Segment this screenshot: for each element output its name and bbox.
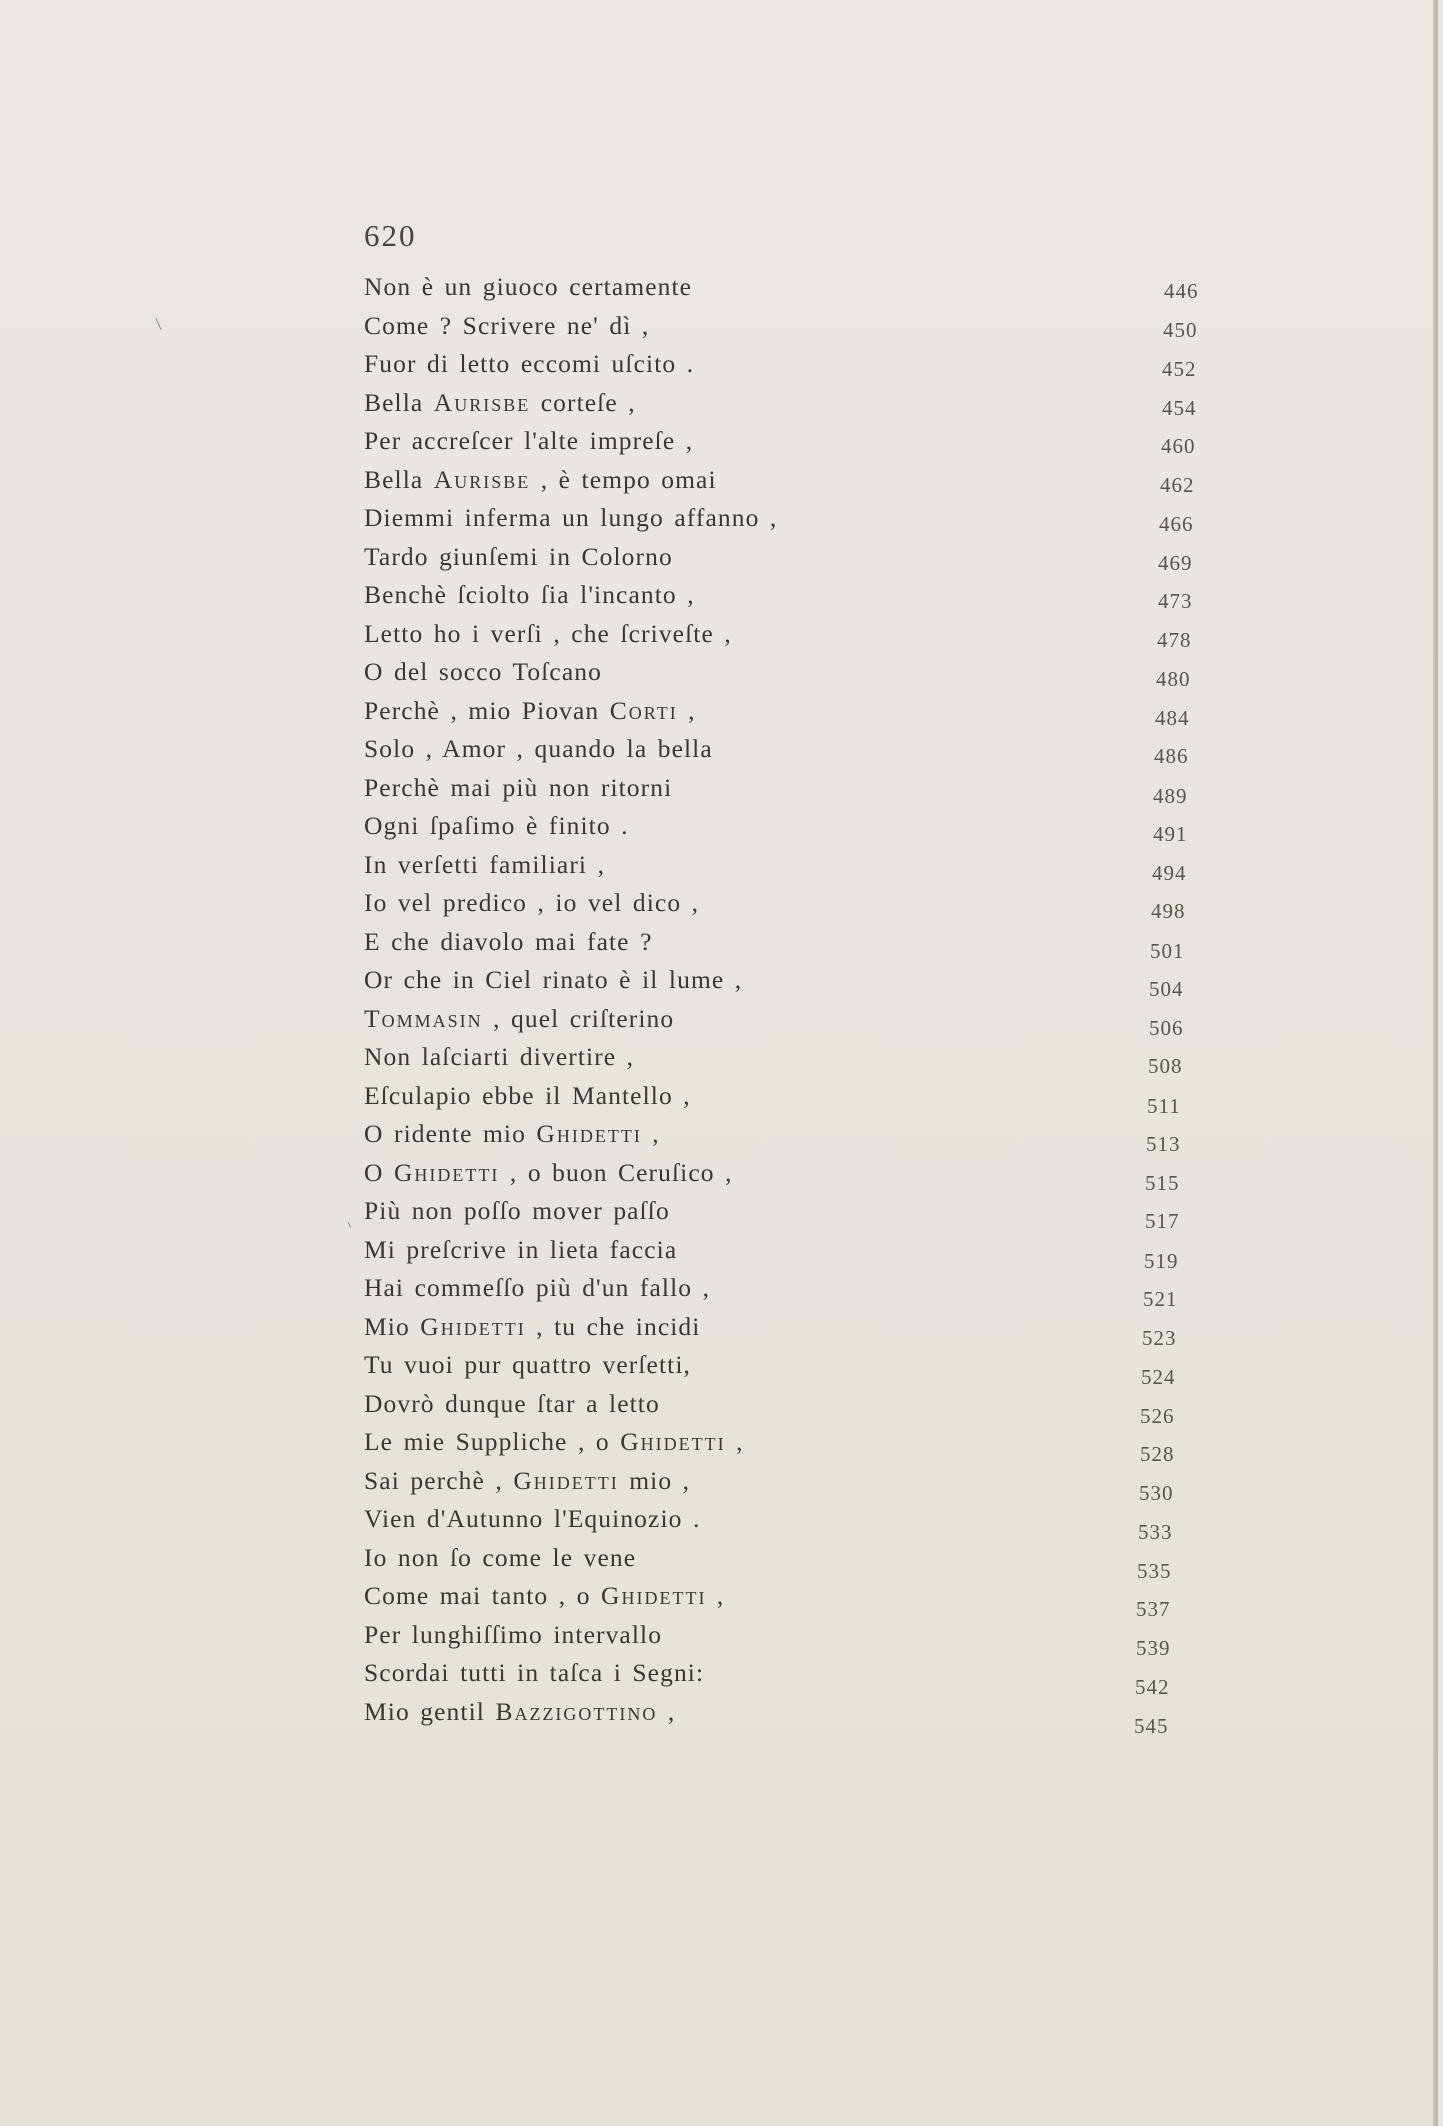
incipit-post: corteſe , xyxy=(530,388,636,417)
incipit-text: O del socco Toſcano xyxy=(364,657,602,686)
incipit-pre: Perchè mai più non ritorni xyxy=(364,773,672,802)
index-entry: Come mai tanto , o Ghidetti ,537 xyxy=(364,1577,1184,1616)
incipit-text: Non laſciarti divertire , xyxy=(364,1042,634,1071)
incipit-text: In verſetti familiari , xyxy=(364,850,605,879)
ink-speck xyxy=(156,318,162,329)
incipit-text: Per accreſcer l'alte impreſe , xyxy=(364,426,693,455)
incipit-text: Come mai tanto , o Ghidetti , xyxy=(364,1581,724,1610)
incipit-text: O Ghidetti , o buon Ceruſico , xyxy=(364,1158,733,1187)
index-entry: Come ? Scrivere ne' dì ,450 xyxy=(364,307,1184,346)
incipit-pre: Solo , Amor , quando la bella xyxy=(364,734,713,763)
incipit-pre: Bella xyxy=(364,465,434,494)
proper-name-small-caps: Ghidetti xyxy=(601,1581,706,1610)
incipit-text: Fuor di letto eccomi uſcito . xyxy=(364,349,694,378)
incipit-text: Tardo giunſemi in Colorno xyxy=(364,542,673,571)
incipit-text: Più non poſſo mover paſſo xyxy=(364,1196,670,1225)
incipit-text: Io vel predico , io vel dico , xyxy=(364,888,699,917)
incipit-pre: Non laſciarti divertire , xyxy=(364,1042,634,1071)
index-entry: Perchè mai più non ritorni489 xyxy=(364,769,1184,808)
incipit-text: Or che in Ciel rinato è il lume , xyxy=(364,965,742,994)
incipit-pre: Tardo giunſemi in Colorno xyxy=(364,542,673,571)
incipit-pre: Ogni ſpaſimo è finito . xyxy=(364,811,629,840)
incipit-text: Perchè mai più non ritorni xyxy=(364,773,672,802)
incipit-post: , xyxy=(657,1697,675,1726)
incipit-pre: Io vel predico , io vel dico , xyxy=(364,888,699,917)
incipit-post: , xyxy=(726,1427,744,1456)
index-entry: Letto ho i verſi , che ſcriveſte ,478 xyxy=(364,615,1184,654)
index-entry: O ridente mio Ghidetti ,513 xyxy=(364,1115,1184,1154)
incipit-text: Come ? Scrivere ne' dì , xyxy=(364,311,649,340)
incipit-post: , xyxy=(642,1119,660,1148)
index-entry: Dovrò dunque ſtar a letto526 xyxy=(364,1385,1184,1424)
index-entry: Solo , Amor , quando la bella486 xyxy=(364,730,1184,769)
incipit-pre: Come mai tanto , o xyxy=(364,1581,601,1610)
index-entry: Sai perchè , Ghidetti mio ,530 xyxy=(364,1462,1184,1501)
incipit-text: Vien d'Autunno l'Equinozio . xyxy=(364,1504,700,1533)
index-entry: Per lunghiſſimo intervallo539 xyxy=(364,1616,1184,1655)
incipit-pre: Più non poſſo mover paſſo xyxy=(364,1196,670,1225)
incipit-pre: O xyxy=(364,1158,394,1187)
page-reference: 450 xyxy=(1163,311,1198,350)
index-entry: Vien d'Autunno l'Equinozio .533 xyxy=(364,1500,1184,1539)
incipit-text: Mi preſcrive in lieta faccia xyxy=(364,1235,677,1264)
incipit-text: Bella Aurisbe corteſe , xyxy=(364,388,636,417)
incipit-pre: Diemmi inferma un lungo affanno , xyxy=(364,503,777,532)
incipit-pre: Hai commeſſo più d'un fallo , xyxy=(364,1273,710,1302)
index-entry: Bella Aurisbe corteſe ,454 xyxy=(364,384,1184,423)
incipit-post: , è tempo omai xyxy=(530,465,716,494)
proper-name-small-caps: Corti xyxy=(610,696,678,725)
page-number: 620 xyxy=(364,218,417,254)
incipit-text: Eſculapio ebbe il Mantello , xyxy=(364,1081,691,1110)
incipit-post: , xyxy=(706,1581,724,1610)
incipit-pre: Come ? Scrivere ne' dì , xyxy=(364,311,649,340)
incipit-pre: Sai perchè , xyxy=(364,1466,513,1495)
index-entry: Fuor di letto eccomi uſcito .452 xyxy=(364,345,1184,384)
index-entry: Hai commeſſo più d'un fallo ,521 xyxy=(364,1269,1184,1308)
index-entry: Io vel predico , io vel dico ,498 xyxy=(364,884,1184,923)
proper-name-small-caps: Aurisbe xyxy=(434,465,530,494)
index-entry: Perchè , mio Piovan Corti ,484 xyxy=(364,692,1184,731)
index-entry: Non è un giuoco certamente446 xyxy=(364,268,1184,307)
index-entry: Più non poſſo mover paſſo517 xyxy=(364,1192,1184,1231)
incipit-text: Tu vuoi pur quattro verſetti, xyxy=(364,1350,691,1379)
incipit-text: Io non ſo come le vene xyxy=(364,1543,636,1572)
index-entry: Eſculapio ebbe il Mantello ,511 xyxy=(364,1077,1184,1116)
incipit-text: E che diavolo mai fate ? xyxy=(364,927,653,956)
proper-name-small-caps: Aurisbe xyxy=(434,388,530,417)
incipit-post: , quel criſterino xyxy=(483,1004,675,1033)
incipit-pre: Bella xyxy=(364,388,434,417)
incipit-text: Sai perchè , Ghidetti mio , xyxy=(364,1466,690,1495)
incipit-text: Diemmi inferma un lungo affanno , xyxy=(364,503,777,532)
proper-name-small-caps: Tommasin xyxy=(364,1004,483,1033)
incipit-pre: Benchè ſciolto ſia l'incanto , xyxy=(364,580,695,609)
first-lines-index: Non è un giuoco certamente446Come ? Scri… xyxy=(364,268,1184,1731)
incipit-pre: Or che in Ciel rinato è il lume , xyxy=(364,965,742,994)
proper-name-small-caps: Ghidetti xyxy=(513,1466,618,1495)
incipit-pre: Fuor di letto eccomi uſcito . xyxy=(364,349,694,378)
index-entry: Scordai tutti in taſca i Segni:542 xyxy=(364,1654,1184,1693)
index-entry: Or che in Ciel rinato è il lume ,504 xyxy=(364,961,1184,1000)
proper-name-small-caps: Ghidetti xyxy=(536,1119,641,1148)
incipit-pre: Per lunghiſſimo intervallo xyxy=(364,1620,662,1649)
incipit-text: Bella Aurisbe , è tempo omai xyxy=(364,465,717,494)
proper-name-small-caps: Bazzigottino xyxy=(495,1697,657,1726)
incipit-pre: Mi preſcrive in lieta faccia xyxy=(364,1235,677,1264)
index-entry: Non laſciarti divertire ,508 xyxy=(364,1038,1184,1077)
incipit-post: mio , xyxy=(619,1466,690,1495)
page-reference: 545 xyxy=(1134,1707,1169,1746)
incipit-text: Scordai tutti in taſca i Segni: xyxy=(364,1658,704,1687)
incipit-text: Dovrò dunque ſtar a letto xyxy=(364,1389,660,1418)
incipit-text: Solo , Amor , quando la bella xyxy=(364,734,713,763)
index-entry: O Ghidetti , o buon Ceruſico ,515 xyxy=(364,1154,1184,1193)
index-entry: Mio Ghidetti , tu che incidi523 xyxy=(364,1308,1184,1347)
incipit-pre: Dovrò dunque ſtar a letto xyxy=(364,1389,660,1418)
incipit-text: Hai commeſſo più d'un fallo , xyxy=(364,1273,710,1302)
incipit-pre: E che diavolo mai fate ? xyxy=(364,927,653,956)
incipit-pre: In verſetti familiari , xyxy=(364,850,605,879)
index-entry: In verſetti familiari ,494 xyxy=(364,846,1184,885)
incipit-pre: Le mie Suppliche , o xyxy=(364,1427,620,1456)
incipit-text: Ogni ſpaſimo è finito . xyxy=(364,811,629,840)
incipit-pre: Eſculapio ebbe il Mantello , xyxy=(364,1081,691,1110)
incipit-pre: O del socco Toſcano xyxy=(364,657,602,686)
incipit-text: Non è un giuoco certamente xyxy=(364,272,692,301)
incipit-post: , tu che incidi xyxy=(526,1312,701,1341)
incipit-pre: Mio gentil xyxy=(364,1697,495,1726)
index-entry: Tardo giunſemi in Colorno469 xyxy=(364,538,1184,577)
incipit-text: Perchè , mio Piovan Corti , xyxy=(364,696,696,725)
ink-speck xyxy=(348,1222,351,1228)
incipit-pre: Per accreſcer l'alte impreſe , xyxy=(364,426,693,455)
incipit-text: O ridente mio Ghidetti , xyxy=(364,1119,660,1148)
index-entry: Ogni ſpaſimo è finito .491 xyxy=(364,807,1184,846)
index-entry: O del socco Toſcano480 xyxy=(364,653,1184,692)
proper-name-small-caps: Ghidetti xyxy=(394,1158,499,1187)
book-page: 620 Non è un giuoco certamente446Come ? … xyxy=(0,0,1438,2126)
proper-name-small-caps: Ghidetti xyxy=(620,1427,725,1456)
incipit-pre: Mio xyxy=(364,1312,420,1341)
incipit-pre: Vien d'Autunno l'Equinozio . xyxy=(364,1504,700,1533)
page-reference: 446 xyxy=(1164,272,1199,311)
index-entry: E che diavolo mai fate ?501 xyxy=(364,923,1184,962)
incipit-text: Tommasin , quel criſterino xyxy=(364,1004,674,1033)
incipit-text: Mio Ghidetti , tu che incidi xyxy=(364,1312,700,1341)
incipit-pre: Non è un giuoco certamente xyxy=(364,272,692,301)
index-entry: Benchè ſciolto ſia l'incanto ,473 xyxy=(364,576,1184,615)
proper-name-small-caps: Ghidetti xyxy=(420,1312,525,1341)
index-entry: Bella Aurisbe , è tempo omai462 xyxy=(364,461,1184,500)
index-entry: Per accreſcer l'alte impreſe ,460 xyxy=(364,422,1184,461)
index-entry: Io non ſo come le vene535 xyxy=(364,1539,1184,1578)
incipit-text: Per lunghiſſimo intervallo xyxy=(364,1620,662,1649)
incipit-text: Mio gentil Bazzigottino , xyxy=(364,1697,675,1726)
incipit-pre: Scordai tutti in taſca i Segni: xyxy=(364,1658,704,1687)
index-entry: Tommasin , quel criſterino506 xyxy=(364,1000,1184,1039)
incipit-pre: Letto ho i verſi , che ſcriveſte , xyxy=(364,619,732,648)
index-entry: Mio gentil Bazzigottino ,545 xyxy=(364,1693,1184,1732)
incipit-post: , o buon Ceruſico , xyxy=(499,1158,732,1187)
incipit-pre: Io non ſo come le vene xyxy=(364,1543,636,1572)
incipit-pre: Perchè , mio Piovan xyxy=(364,696,610,725)
index-entry: Tu vuoi pur quattro verſetti,524 xyxy=(364,1346,1184,1385)
index-entry: Mi preſcrive in lieta faccia519 xyxy=(364,1231,1184,1270)
incipit-pre: Tu vuoi pur quattro verſetti, xyxy=(364,1350,691,1379)
incipit-pre: O ridente mio xyxy=(364,1119,536,1148)
page-edge xyxy=(1433,0,1438,2126)
incipit-text: Le mie Suppliche , o Ghidetti , xyxy=(364,1427,744,1456)
index-entry: Le mie Suppliche , o Ghidetti ,528 xyxy=(364,1423,1184,1462)
incipit-post: , xyxy=(678,696,696,725)
index-entry: Diemmi inferma un lungo affanno ,466 xyxy=(364,499,1184,538)
incipit-text: Letto ho i verſi , che ſcriveſte , xyxy=(364,619,732,648)
incipit-text: Benchè ſciolto ſia l'incanto , xyxy=(364,580,695,609)
